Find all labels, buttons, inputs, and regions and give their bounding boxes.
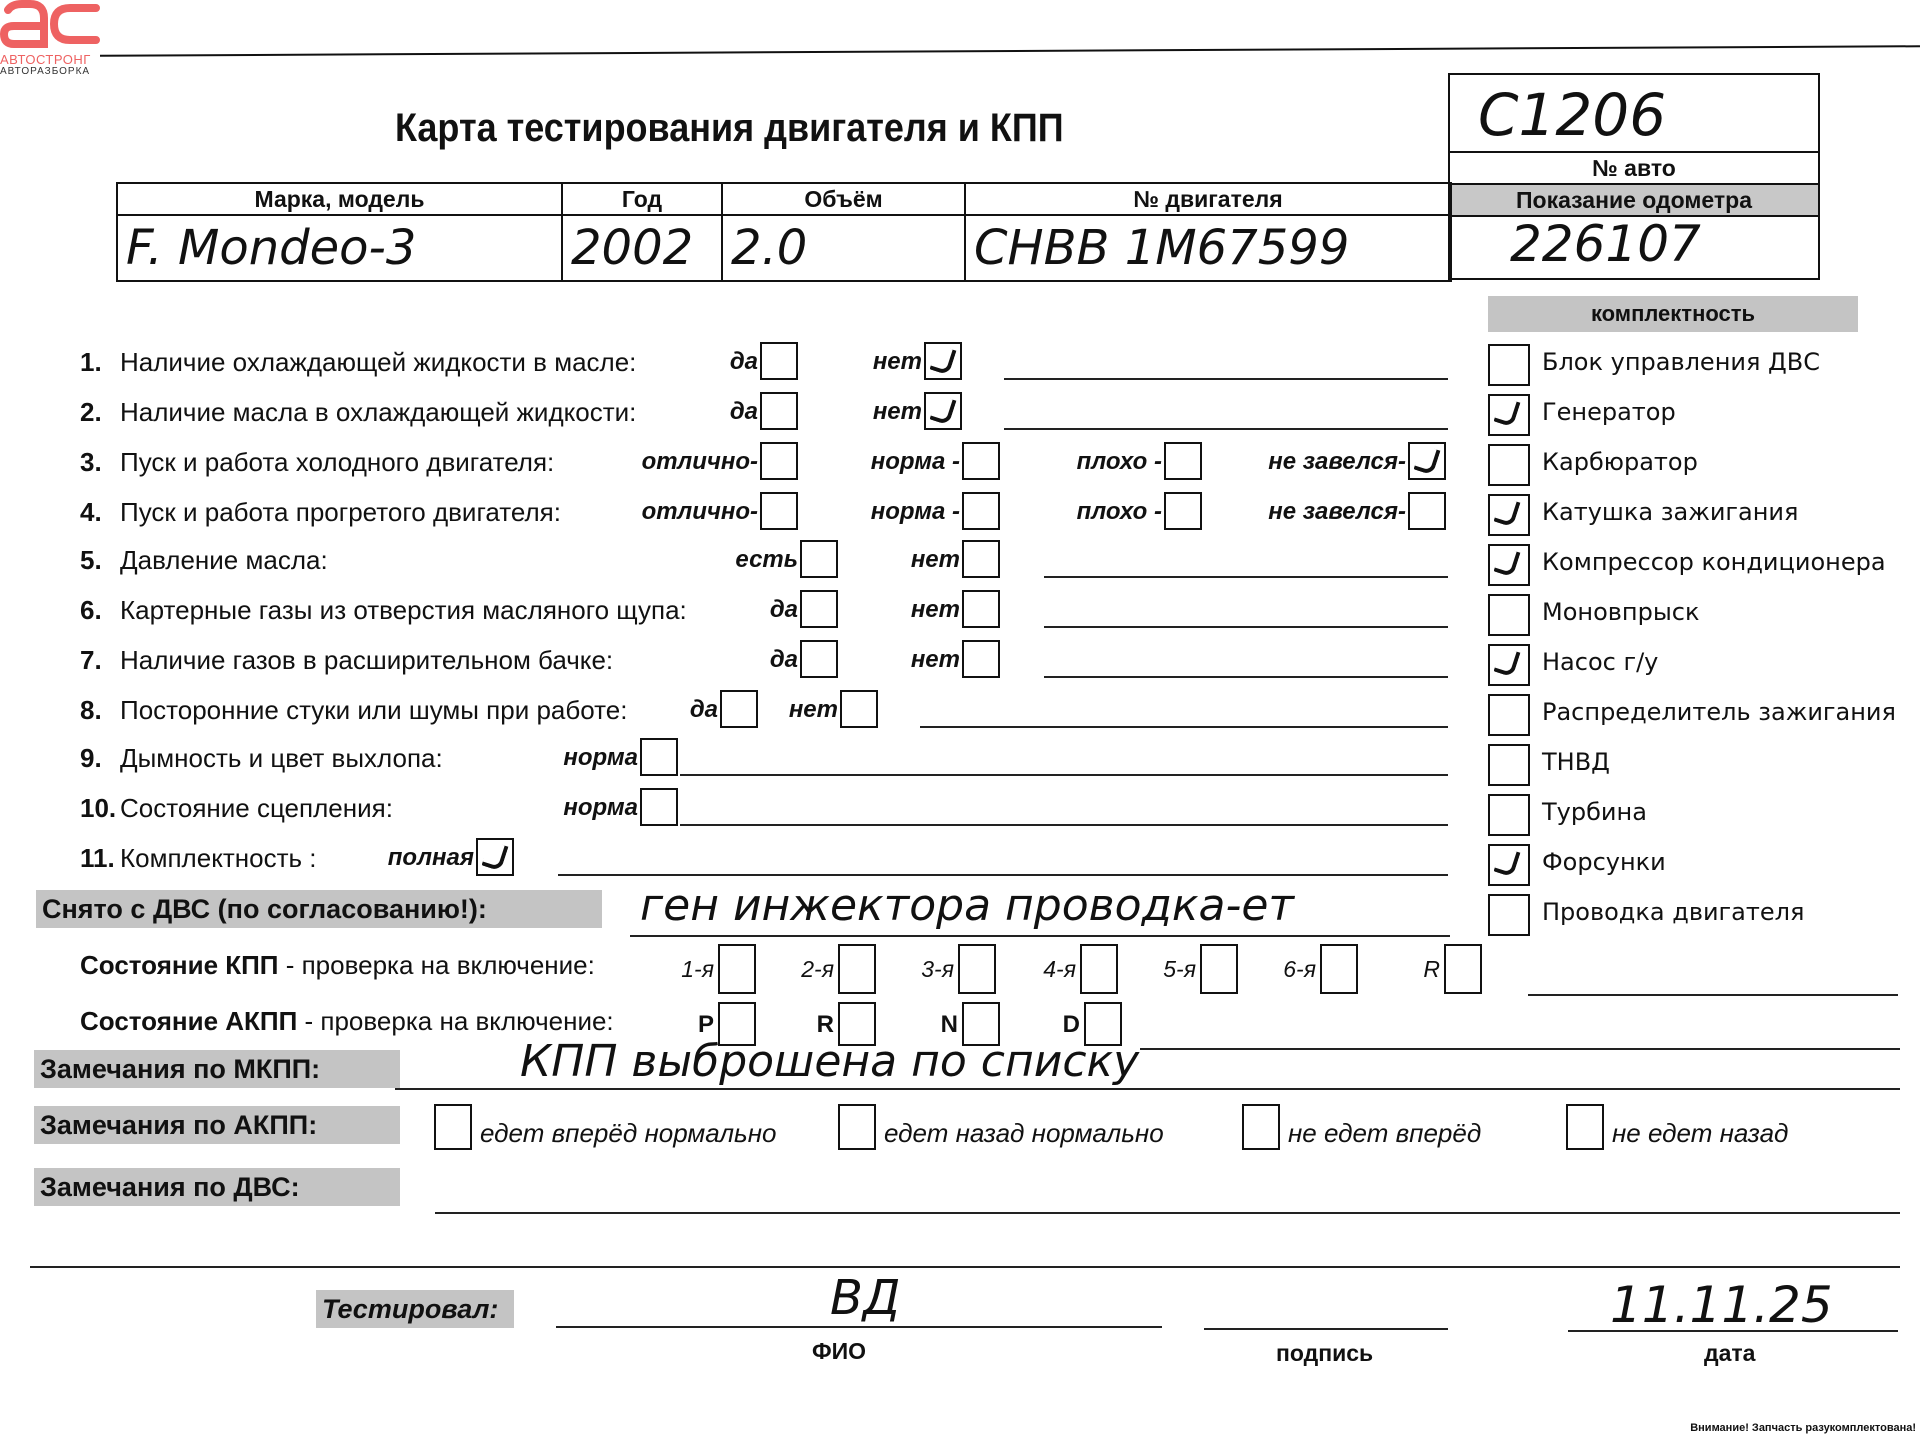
year-value[interactable]: 2002 <box>571 220 693 276</box>
completeness-item-label: Форсунки <box>1542 848 1666 876</box>
akpp-note-checkbox[interactable] <box>838 1104 876 1150</box>
completeness-header: комплектность <box>1488 296 1858 332</box>
check-row-8: 8.Посторонние стуки или шумы при работе: <box>80 692 627 728</box>
check-number: 4. <box>80 494 120 530</box>
checkbox[interactable] <box>1488 694 1530 736</box>
akpp-note-label: едет назад нормально <box>884 1112 1164 1154</box>
note-line[interactable] <box>680 824 1448 826</box>
check-label: Дымность и цвет выхлопа: <box>120 743 443 773</box>
mkpp-notes-line <box>395 1088 1900 1090</box>
completeness-item-label: Катушка зажигания <box>1542 498 1798 526</box>
check-label: Наличие газов в расширительном бачке: <box>120 645 613 675</box>
gear-checkbox[interactable] <box>838 944 876 994</box>
header-year: Год <box>563 184 721 216</box>
checkbox[interactable] <box>1164 492 1202 530</box>
mkpp-notes-label: Замечания по МКПП: <box>34 1050 400 1088</box>
note-line[interactable] <box>1044 676 1448 678</box>
check-row-7: 7.Наличие газов в расширительном бачке: <box>80 642 613 678</box>
checkbox[interactable] <box>962 540 1000 578</box>
odometer-label: Показание одометра <box>1450 185 1818 217</box>
check-row-5: 5.Давление масла: <box>80 542 328 578</box>
checkbox[interactable] <box>962 640 1000 678</box>
checkbox[interactable] <box>720 690 758 728</box>
check-label: Давление масла: <box>120 545 328 575</box>
checkbox[interactable] <box>1488 394 1530 436</box>
option-label: отлично- <box>642 494 758 530</box>
checkbox[interactable] <box>1488 894 1530 936</box>
checkbox[interactable] <box>800 540 838 578</box>
option-label: не завелся- <box>1268 444 1406 480</box>
date-line <box>1568 1330 1898 1332</box>
header-engine-number: № двигателя <box>966 184 1450 216</box>
date-value[interactable]: 11.11.25 <box>1610 1276 1833 1334</box>
gear-checkbox[interactable] <box>1080 944 1118 994</box>
mkpp-notes-value[interactable]: КПП выброшена по списку <box>520 1036 1139 1087</box>
check-label: Комплектность : <box>120 843 317 873</box>
checkbox[interactable] <box>760 442 798 480</box>
tested-by-label: Тестировал: <box>316 1290 514 1328</box>
checkbox[interactable] <box>760 342 798 380</box>
gear-label: 1-я <box>681 948 714 990</box>
completeness-item-label: Блок управления ДВС <box>1542 348 1820 376</box>
checkbox[interactable] <box>1488 444 1530 486</box>
model-value[interactable]: F. Mondeo-3 <box>126 220 416 276</box>
checkbox[interactable] <box>800 640 838 678</box>
note-line[interactable] <box>558 874 1448 876</box>
engine-notes-line-1[interactable] <box>435 1212 1900 1214</box>
gear-label: 6-я <box>1283 948 1316 990</box>
gear-label: R <box>1423 948 1440 990</box>
checkbox[interactable] <box>962 492 1000 530</box>
note-line[interactable] <box>1044 626 1448 628</box>
top-divider <box>100 45 1920 57</box>
gear-label: 3-я <box>921 948 954 990</box>
gear-label: 4-я <box>1043 948 1076 990</box>
fio-value[interactable]: ВД <box>830 1270 900 1326</box>
completeness-item-label: ТНВД <box>1542 748 1610 776</box>
vehicle-col-volume: Объём 2.0 <box>723 184 966 280</box>
kpp-label: Состояние КПП - проверка на включение: <box>80 950 595 981</box>
akpp-note-checkbox[interactable] <box>1566 1104 1604 1150</box>
check-number: 2. <box>80 394 120 430</box>
check-row-1: 1.Наличие охлаждающей жидкости в масле: <box>80 344 636 380</box>
check-row-9: 9.Дымность и цвет выхлопа: <box>80 740 443 776</box>
check-label: Наличие охлаждающей жидкости в масле: <box>120 347 636 377</box>
option-label: отлично- <box>642 444 758 480</box>
checkbox[interactable] <box>840 690 878 728</box>
check-row-4: 4.Пуск и работа прогретого двигателя: <box>80 494 561 530</box>
option-label: есть <box>735 542 798 578</box>
engine-number-value[interactable]: CHBB 1M67599 <box>974 220 1349 276</box>
checkbox[interactable] <box>1488 344 1530 386</box>
auto-info-box: C1206 № авто Показание одометра 226107 <box>1448 73 1820 280</box>
check-row-11: 11.Комплектность : <box>80 840 317 876</box>
fio-line <box>556 1326 1162 1328</box>
checkbox[interactable] <box>1488 744 1530 786</box>
removed-line <box>630 935 1450 937</box>
checkbox[interactable] <box>1488 544 1530 586</box>
option-label: плохо - <box>1077 494 1162 530</box>
checkbox[interactable] <box>1164 442 1202 480</box>
completeness-item-label: Насос г/у <box>1542 648 1658 676</box>
check-label: Наличие масла в охлаждающей жидкости: <box>120 397 636 427</box>
checkbox[interactable] <box>1488 494 1530 536</box>
option-label: да <box>690 692 718 728</box>
akpp-label: Состояние АКПП - проверка на включение: <box>80 1006 614 1037</box>
checkbox[interactable] <box>1408 492 1446 530</box>
checkbox[interactable] <box>760 392 798 430</box>
option-label: да <box>770 642 798 678</box>
option-label: нет <box>873 394 922 430</box>
date-label: дата <box>1704 1340 1755 1367</box>
checkbox[interactable] <box>924 342 962 380</box>
gear-checkbox[interactable] <box>1200 944 1238 994</box>
note-line[interactable] <box>1004 428 1448 430</box>
checkbox[interactable] <box>1488 794 1530 836</box>
option-label: да <box>770 592 798 628</box>
engine-notes-label: Замечания по ДВС: <box>34 1168 400 1206</box>
fio-label: ФИО <box>812 1338 866 1365</box>
akpp-note-checkbox[interactable] <box>434 1104 472 1150</box>
option-label: нет <box>911 542 960 578</box>
checkbox[interactable] <box>640 788 678 826</box>
check-label: Состояние сцепления: <box>120 793 393 823</box>
checkbox[interactable] <box>1488 844 1530 886</box>
check-number: 1. <box>80 344 120 380</box>
vehicle-col-engine: № двигателя CHBB 1M67599 <box>966 184 1452 280</box>
check-number: 11. <box>80 840 120 876</box>
option-label: норма <box>563 740 638 776</box>
completeness-item-label: Распределитель зажигания <box>1542 698 1896 726</box>
engine-notes-line-2[interactable] <box>30 1266 1900 1268</box>
akpp-note-label: не едет вперёд <box>1288 1112 1481 1154</box>
check-label: Пуск и работа прогретого двигателя: <box>120 497 561 527</box>
option-label: да <box>730 394 758 430</box>
checkbox[interactable] <box>640 738 678 776</box>
volume-value[interactable]: 2.0 <box>731 220 807 276</box>
vehicle-col-year: Год 2002 <box>563 184 723 280</box>
option-label: плохо - <box>1077 444 1162 480</box>
gear-label: 5-я <box>1163 948 1196 990</box>
option-label: норма <box>563 790 638 826</box>
ac-logo-icon <box>0 0 100 48</box>
removed-label: Снято с ДВС (по согласованию!): <box>36 890 602 928</box>
check-label: Пуск и работа холодного двигателя: <box>120 447 554 477</box>
checkbox[interactable] <box>962 442 1000 480</box>
note-line[interactable] <box>1044 576 1448 578</box>
option-label: нет <box>789 692 838 728</box>
completeness-item-label: Моновпрыск <box>1542 598 1699 626</box>
option-label: норма - <box>871 494 960 530</box>
check-row-10: 10.Состояние сцепления: <box>80 790 393 826</box>
auto-number-value[interactable]: C1206 <box>1478 81 1666 149</box>
option-label: нет <box>911 592 960 628</box>
completeness-item-label: Компрессор кондиционера <box>1542 548 1886 576</box>
check-number: 6. <box>80 592 120 628</box>
checkbox[interactable] <box>924 392 962 430</box>
akpp-note-checkbox[interactable] <box>1242 1104 1280 1150</box>
option-label: нет <box>911 642 960 678</box>
auto-number-label: № авто <box>1450 153 1818 185</box>
check-number: 8. <box>80 692 120 728</box>
checkbox[interactable] <box>760 492 798 530</box>
note-line[interactable] <box>1004 378 1448 380</box>
footer-warning: Внимание! Запчасть разукомплектована! <box>1690 1422 1916 1434</box>
check-number: 9. <box>80 740 120 776</box>
checkbox[interactable] <box>476 838 514 876</box>
akpp-note-label: не едет назад <box>1612 1112 1788 1154</box>
check-number: 5. <box>80 542 120 578</box>
vehicle-table: Марка, модель F. Mondeo-3 Год 2002 Объём… <box>116 182 1452 282</box>
check-row-3: 3.Пуск и работа холодного двигателя: <box>80 444 554 480</box>
option-label: да <box>730 344 758 380</box>
check-number: 10. <box>80 790 120 826</box>
checkbox[interactable] <box>800 590 838 628</box>
vehicle-col-model: Марка, модель F. Mondeo-3 <box>118 184 563 280</box>
odometer-value[interactable]: 226107 <box>1510 215 1701 273</box>
completeness-item-label: Турбина <box>1542 798 1647 826</box>
sign-line[interactable] <box>1204 1328 1448 1330</box>
option-label: норма - <box>871 444 960 480</box>
brand-name: АВТОСТРОНГ <box>0 52 91 67</box>
checkbox[interactable] <box>962 590 1000 628</box>
checkbox[interactable] <box>1408 442 1446 480</box>
page-title: Карта тестирования двигателя и КПП <box>395 106 1064 151</box>
completeness-item-label: Проводка двигателя <box>1542 898 1804 926</box>
note-line[interactable] <box>920 726 1448 728</box>
note-line[interactable] <box>680 774 1448 776</box>
akpp-notes-label: Замечания по АКПП: <box>34 1106 400 1144</box>
check-number: 3. <box>80 444 120 480</box>
gear-checkbox[interactable] <box>958 944 996 994</box>
checkbox[interactable] <box>1488 594 1530 636</box>
option-label: не завелся- <box>1268 494 1406 530</box>
check-label: Картерные газы из отверстия масляного щу… <box>120 595 687 625</box>
check-number: 7. <box>80 642 120 678</box>
option-label: полная <box>388 840 474 876</box>
completeness-item-label: Карбюратор <box>1542 448 1698 476</box>
akpp-note-label: едет вперёд нормально <box>480 1112 776 1154</box>
gear-checkbox[interactable] <box>718 944 756 994</box>
gear-label: 2-я <box>801 948 834 990</box>
header-model: Марка, модель <box>118 184 561 216</box>
checkbox[interactable] <box>1488 644 1530 686</box>
gear-checkbox[interactable] <box>1320 944 1358 994</box>
check-label: Посторонние стуки или шумы при работе: <box>120 695 627 725</box>
check-row-6: 6.Картерные газы из отверстия масляного … <box>80 592 687 628</box>
kpp-line <box>1528 994 1898 996</box>
akpp-line <box>1140 1048 1900 1050</box>
completeness-item-label: Генератор <box>1542 398 1676 426</box>
gear-checkbox[interactable] <box>1444 944 1482 994</box>
brand-subtitle: АВТОРАЗБОРКА <box>0 66 90 77</box>
sign-label: подпись <box>1276 1340 1373 1367</box>
check-row-2: 2.Наличие масла в охлаждающей жидкости: <box>80 394 636 430</box>
removed-value[interactable]: ген инжектора проводка-ет <box>640 880 1294 931</box>
option-label: нет <box>873 344 922 380</box>
header-volume: Объём <box>723 184 964 216</box>
